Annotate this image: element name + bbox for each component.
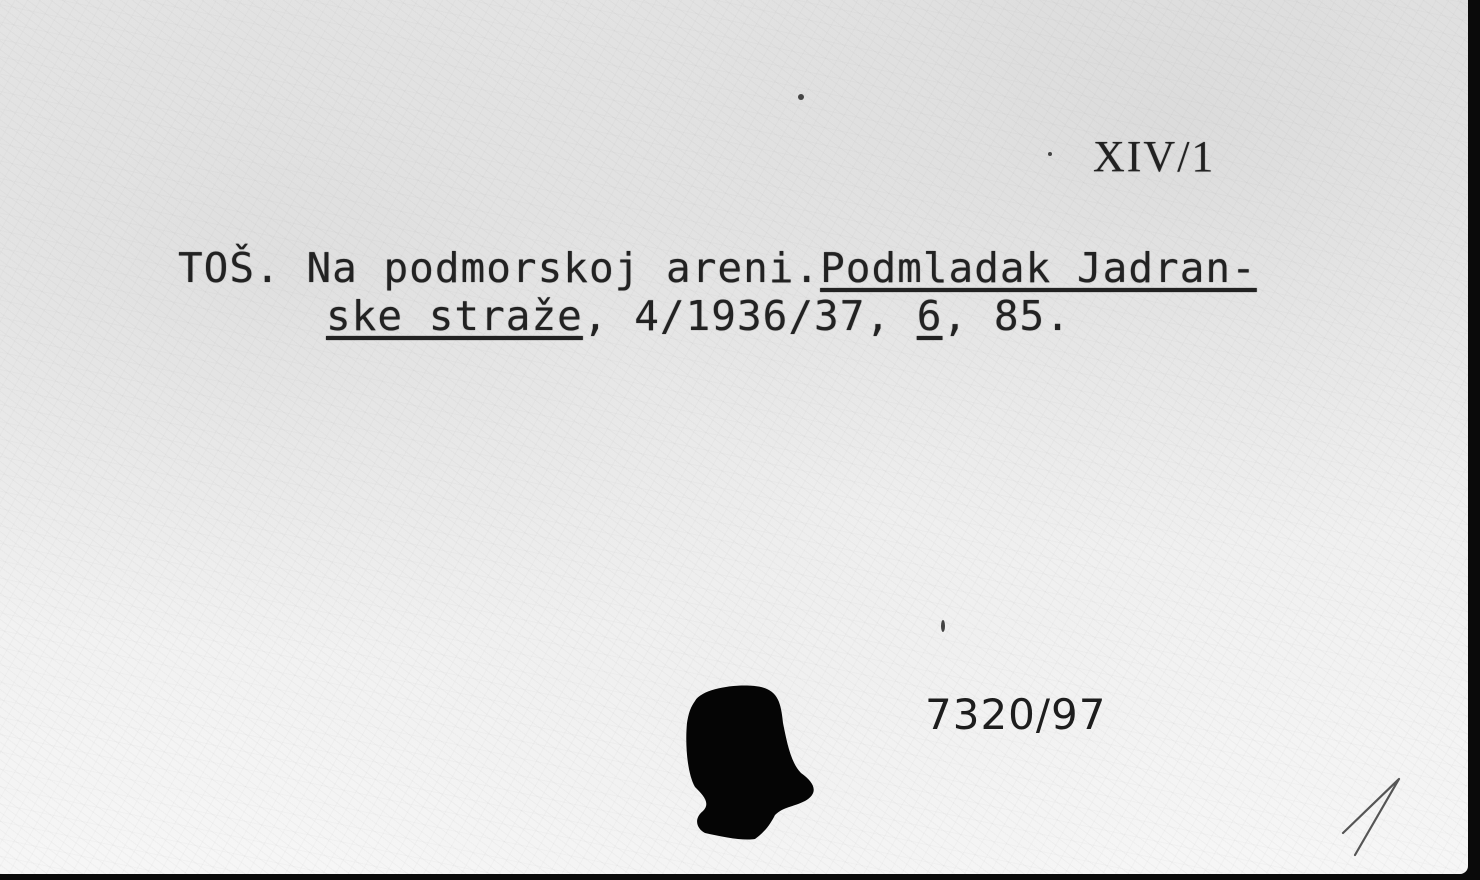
entry-line-2: ske straže, 4/1936/37, 6, 85. bbox=[326, 292, 1071, 340]
entry-issue: 6 bbox=[917, 292, 943, 340]
entry-title: Na podmorskoj areni. bbox=[306, 244, 820, 292]
entry-sep2: , bbox=[865, 292, 916, 340]
handwritten-one-icon bbox=[1335, 775, 1405, 860]
call-number: XIV/1 bbox=[1093, 131, 1215, 182]
entry-line-1: TOŠ. Na podmorskoj areni.Podmladak Jadra… bbox=[178, 244, 1257, 292]
entry-pages: 85. bbox=[994, 292, 1071, 340]
entry-source-part1: Podmladak Jadran- bbox=[820, 244, 1257, 292]
ink-speck bbox=[941, 620, 945, 632]
entry-sep3: , bbox=[942, 292, 993, 340]
accession-number: 7320/97 bbox=[925, 690, 1106, 739]
punch-hole-icon bbox=[683, 683, 823, 843]
entry-sep1: , bbox=[583, 292, 634, 340]
entry-volume-year: 4/1936/37 bbox=[634, 292, 865, 340]
entry-author: TOŠ. bbox=[178, 244, 281, 292]
ink-speck bbox=[798, 94, 804, 100]
ink-speck bbox=[1048, 152, 1052, 156]
entry-source-part2: ske straže bbox=[326, 292, 583, 340]
catalog-card: XIV/1 TOŠ. Na podmorskoj areni.Podmladak… bbox=[0, 0, 1468, 874]
